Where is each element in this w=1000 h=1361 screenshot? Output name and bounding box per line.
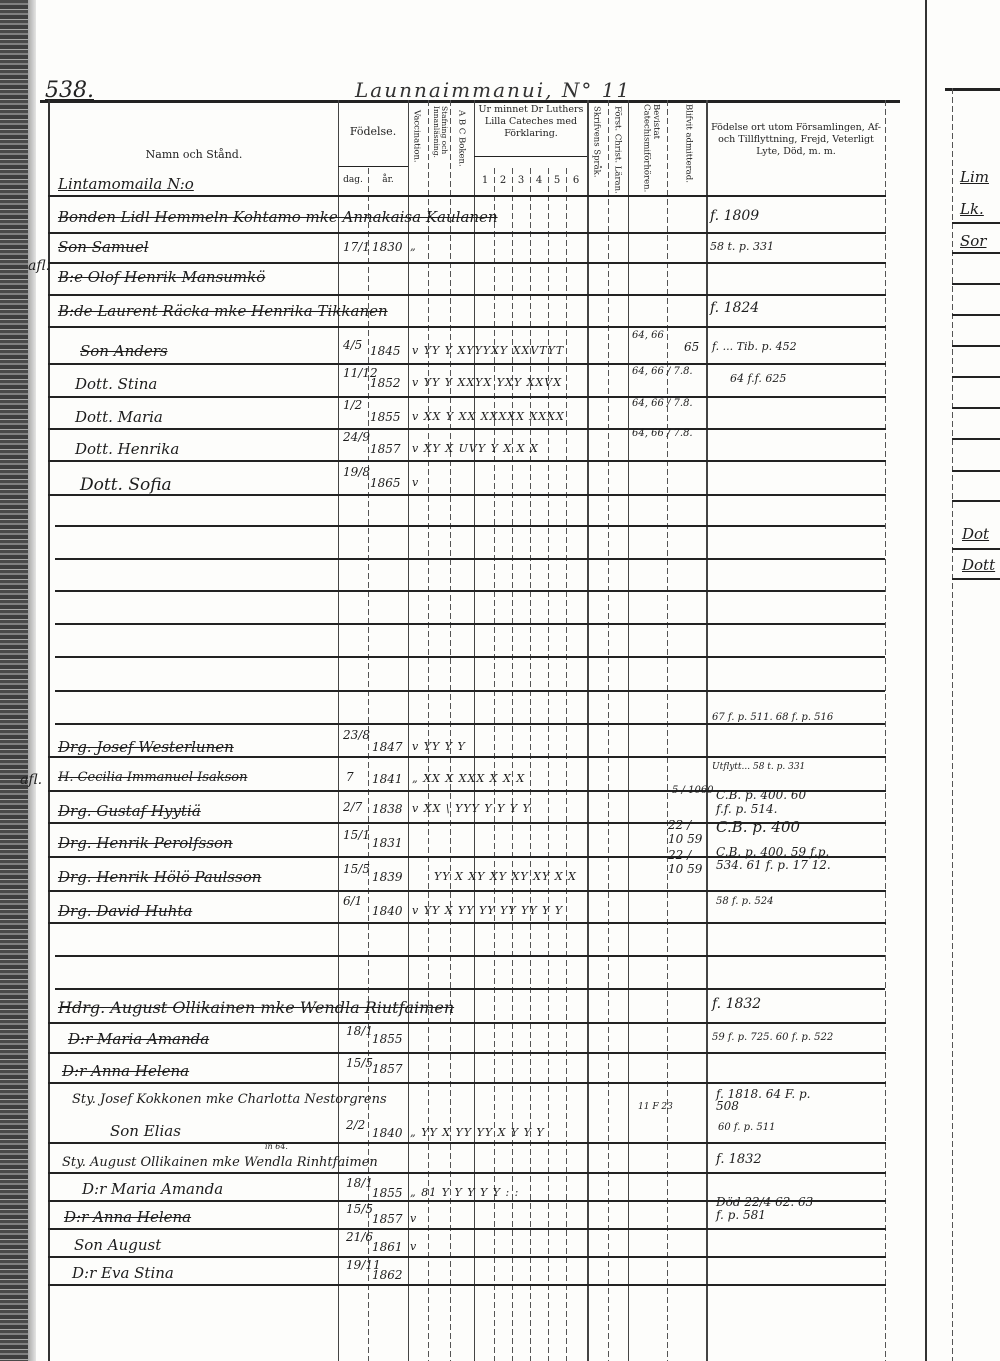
remarks: Död 22/4 62. 63 f. p. 581 (716, 1196, 816, 1222)
header-name: Namn och Stånd. (50, 148, 338, 162)
birth-day: 15/1 (343, 828, 370, 842)
exam-marks: v YY Y Y (412, 740, 466, 753)
person-name: D:r Anna Helena (62, 1062, 189, 1080)
row-rule (48, 460, 886, 462)
margin-note: afl. (28, 258, 50, 274)
rule-cat5 (566, 168, 567, 1361)
row-rule (55, 525, 885, 527)
person-name: Drg. David Huhta (58, 902, 192, 920)
header-cat-6: 6 (566, 175, 586, 188)
birth-day: 7 (346, 770, 354, 784)
top-rule-next-page (945, 88, 1000, 91)
header-catechism-hearing: Bevistat Catechismiförhören. (636, 104, 660, 190)
next-page-fragment: Lk. (960, 200, 984, 218)
household-head: Sty. Josef Kokkonen mke Charlotta Nestor… (72, 1092, 387, 1107)
remarks: C.B. p. 400. 59 f.p. 534. 61 f. p. 17 12… (716, 846, 836, 872)
person-name: Drg. Henrik Perolfsson (58, 834, 233, 852)
row-rule (952, 470, 1000, 472)
row-rule (952, 548, 1000, 550)
remarks: C.B. p. 400. 60 f.f. p. 514. (716, 788, 816, 816)
header-cat-5: 5 (548, 175, 566, 188)
remarks: C.B. p. 400 (716, 818, 800, 836)
birth-day: 15/5 (346, 1056, 373, 1070)
header-writing: Skrifvens Språk. (591, 106, 600, 190)
margin-note: afl. (20, 772, 42, 788)
row-rule (48, 890, 886, 892)
row-rule (55, 623, 885, 625)
person-name: Dott. Henrika (75, 440, 179, 458)
birth-year: 1845 (370, 344, 401, 358)
row-rule (55, 656, 885, 658)
birth-year: 1865 (370, 476, 401, 490)
person-name: Drg. Josef Westerlunen (58, 738, 234, 756)
communion: 65 (684, 340, 699, 354)
header-abc-book: A B C Boken. (456, 110, 465, 190)
birth-year: 1838 (372, 802, 403, 816)
communion: 5 / 1060 (672, 785, 714, 796)
birth-day: 23/8 (343, 728, 370, 742)
person-name: D:r Eva Stina (72, 1264, 174, 1282)
remarks: 58 f. p. 524 (716, 896, 773, 907)
birth-year: 1855 (372, 1032, 403, 1046)
row-rule (55, 558, 885, 560)
birth-year: 1857 (372, 1212, 403, 1226)
header-christianity: Först. Christ. Läran. (612, 106, 621, 190)
header-cat-1: 1 (476, 175, 494, 188)
row-rule (48, 1228, 886, 1230)
person-name: H. Cecilia Immanuel Isakson (58, 770, 247, 785)
birth-year: 1861 (372, 1240, 403, 1254)
birth-year: 1830 (372, 240, 403, 254)
birth-day: 19/8 (343, 465, 370, 479)
header-day: dag. (340, 175, 366, 186)
birth-year: 1847 (372, 740, 403, 754)
row-rule (55, 590, 885, 592)
birth-day: 2/2 (346, 1118, 365, 1132)
remarks: f. 1824 (710, 300, 759, 316)
header-remarks: Födelse ort utom Församlingen, Af- och T… (708, 122, 884, 158)
person-name: Drg. Henrik Hölö Paulsson (58, 868, 261, 886)
row-rule (55, 723, 885, 725)
birth-year: 1831 (372, 836, 403, 850)
person-name: Drg. Gustaf Hyytiä (58, 802, 201, 820)
row-rule (48, 326, 886, 328)
person-name: Dott. Sofia (80, 475, 172, 495)
birth-year: 1862 (372, 1268, 403, 1282)
row-rule (48, 1142, 886, 1144)
header-bottom-rule (48, 195, 886, 197)
row-rule (48, 1052, 886, 1054)
birth-year: 1841 (372, 772, 403, 786)
household-head: Sty. August Ollikainen mke Wendla Rinhtf… (62, 1155, 378, 1170)
birth-day: 1/2 (343, 398, 362, 412)
vaccination-mark: v (410, 1240, 417, 1253)
row-rule (952, 578, 1000, 580)
remarks: 67 f. p. 511. 68 f. p. 516 (712, 712, 833, 723)
birth-day: 4/5 (343, 338, 362, 352)
birth-year: 1852 (370, 376, 401, 390)
row-rule (952, 407, 1000, 409)
birth-day: 21/6 (346, 1230, 373, 1244)
person-name: D:r Maria Amanda (68, 1030, 209, 1048)
top-rule (40, 100, 900, 103)
row-rule (48, 1172, 886, 1174)
row-rule (952, 438, 1000, 440)
page-title-handwritten: Launnaimmanui, N° 11 (355, 78, 631, 102)
birth-year: 1857 (372, 1062, 403, 1076)
catechism-hearing: 11 F 23 (638, 1102, 673, 1112)
row-rule (48, 1022, 886, 1024)
communion: 22 / 10 59 (668, 848, 706, 876)
next-page-fragment: Lim (960, 168, 989, 186)
row-rule (952, 252, 1000, 254)
row-rule (48, 494, 886, 496)
row-rule (55, 955, 885, 957)
household-head: Hdrg. August Ollikainen mke Wendla Riutf… (58, 998, 454, 1017)
person-name: Dott. Maria (75, 408, 163, 426)
next-page-fragment: Sor (960, 232, 986, 250)
row-rule (48, 1082, 886, 1084)
birth-day: 6/1 (343, 894, 362, 908)
remarks: 59 f. p. 725. 60 f. p. 522 (712, 1032, 833, 1043)
row-rule (952, 283, 1000, 285)
catechism-hearing: 64, 66 (632, 330, 664, 341)
remarks: f. ... Tib. p. 452 (712, 340, 797, 353)
row-rule (48, 262, 886, 264)
book-binding-edge (0, 0, 28, 1361)
header-vaccination: Vaccination. (411, 110, 420, 190)
catechism-hearing: 64, 66 / 7.8. (632, 366, 693, 377)
section-heading: Lintamomaila N:o (58, 175, 194, 193)
row-rule (952, 314, 1000, 316)
row-rule (48, 1256, 886, 1258)
row-rule (48, 428, 886, 430)
row-rule (48, 396, 886, 398)
note-above: in 64. (265, 1142, 288, 1151)
person-name: B:e Olof Henrik Mansumkö (58, 268, 265, 286)
birth-day: 18/1 (346, 1024, 373, 1038)
vaccination-mark: v (410, 1212, 417, 1225)
header-communion: Blifvit admitterad. (683, 104, 692, 190)
remarks: f. 1832 (712, 996, 761, 1012)
birth-day: 15/5 (343, 862, 370, 876)
row-rule (48, 922, 886, 924)
birth-day: 17/1 (343, 240, 370, 254)
person-name: Son Samuel (58, 238, 149, 256)
birth-year: 1839 (372, 870, 403, 884)
binding-shadow (28, 0, 36, 1361)
exam-marks: YY X XY XY XY XY X X (434, 870, 577, 883)
row-rule (48, 1284, 886, 1286)
birth-year: 1840 (372, 1126, 403, 1140)
row-rule (48, 232, 886, 234)
communion: 22 / 10 59 (668, 818, 706, 846)
header-catechism: Ur minnet Dr Luthers Lilla Cateches med … (476, 104, 586, 140)
birth-day: 2/7 (343, 800, 362, 814)
header-birth-divider (338, 166, 408, 167)
remarks: f. 1809 (710, 208, 759, 224)
row-rule (55, 690, 885, 692)
remarks: f. 1818. 64 F. p. 508 (716, 1088, 826, 1112)
remarks: 64 f.f. 625 (730, 372, 786, 385)
header-catechism-divider (474, 156, 587, 157)
exam-marks: v XX \ YYY Y Y Y Y (412, 802, 531, 815)
birth-year: 1840 (372, 904, 403, 918)
exam-marks: v YY Y XYYYXY XXVTYT (412, 344, 564, 357)
remarks: f. 1832 (716, 1152, 762, 1167)
exam-marks: v YY Y XXYX YXY XXVX (412, 376, 562, 389)
birth-day: 18/1 (346, 1176, 373, 1190)
page-fold (925, 0, 927, 1361)
person-name: Dott. Stina (75, 375, 157, 393)
row-rule (48, 294, 886, 296)
exam-marks: „ 81 Y Y Y Y Y : : (410, 1186, 519, 1199)
person-name: D:r Maria Amanda (82, 1180, 223, 1198)
exam-marks: v YY X YY YY YY YY Y Y (412, 904, 563, 917)
remarks: 60 f. p. 511 (718, 1122, 775, 1133)
row-rule (952, 345, 1000, 347)
person-name: Son Anders (80, 342, 168, 360)
exam-marks: „ XX X XXX X X X (412, 772, 525, 785)
person-name: B:de Laurent Räcka mke Henrika Tikkanen (58, 302, 388, 320)
next-page-fragment: Dot (962, 525, 989, 543)
header-year: år. (370, 175, 406, 186)
person-name: Son Elias (110, 1122, 181, 1140)
header-cat-3: 3 (512, 175, 530, 188)
header-cat-4: 4 (530, 175, 548, 188)
exam-marks: v XX Y XX XXXXX XXXX (412, 410, 565, 423)
household-head: Bonden Lidl Hemmeln Kohtamo mke Annakais… (58, 208, 498, 226)
row-rule (952, 500, 1000, 502)
remarks: 58 t. p. 331 (710, 240, 774, 253)
row-rule (48, 756, 886, 758)
remarks: Utflytt... 58 t. p. 331 (712, 762, 805, 772)
catechism-hearing: 64, 66 / 7.8. (632, 398, 693, 409)
catechism-hearing: 64, 66 / 7.8. (632, 428, 693, 439)
exam-marks: „ YY X YY YY X Y Y Y (410, 1126, 545, 1139)
header-spelling: Stafning och Innanläsning. (432, 106, 448, 190)
exam-marks: v XY X UVY Y X X X (412, 442, 539, 455)
birth-year: 1857 (370, 442, 401, 456)
next-page-fragment: Dott (962, 556, 995, 574)
row-rule (55, 988, 885, 990)
row-rule (952, 222, 1000, 224)
vaccination-mark: „ (410, 240, 417, 253)
vaccination-mark: v (412, 476, 419, 489)
birth-day: 24/9 (343, 430, 370, 444)
row-rule (48, 363, 886, 365)
birth-year: 1855 (370, 410, 401, 424)
person-name: Son August (74, 1236, 161, 1254)
person-name: D:r Anna Helena (64, 1208, 191, 1226)
birth-year: 1855 (372, 1186, 403, 1200)
header-cat-2: 2 (494, 175, 512, 188)
header-birth: Födelse. (338, 125, 408, 139)
birth-day: 15/5 (346, 1202, 373, 1216)
rule-next-page (952, 88, 953, 1361)
row-rule (952, 376, 1000, 378)
